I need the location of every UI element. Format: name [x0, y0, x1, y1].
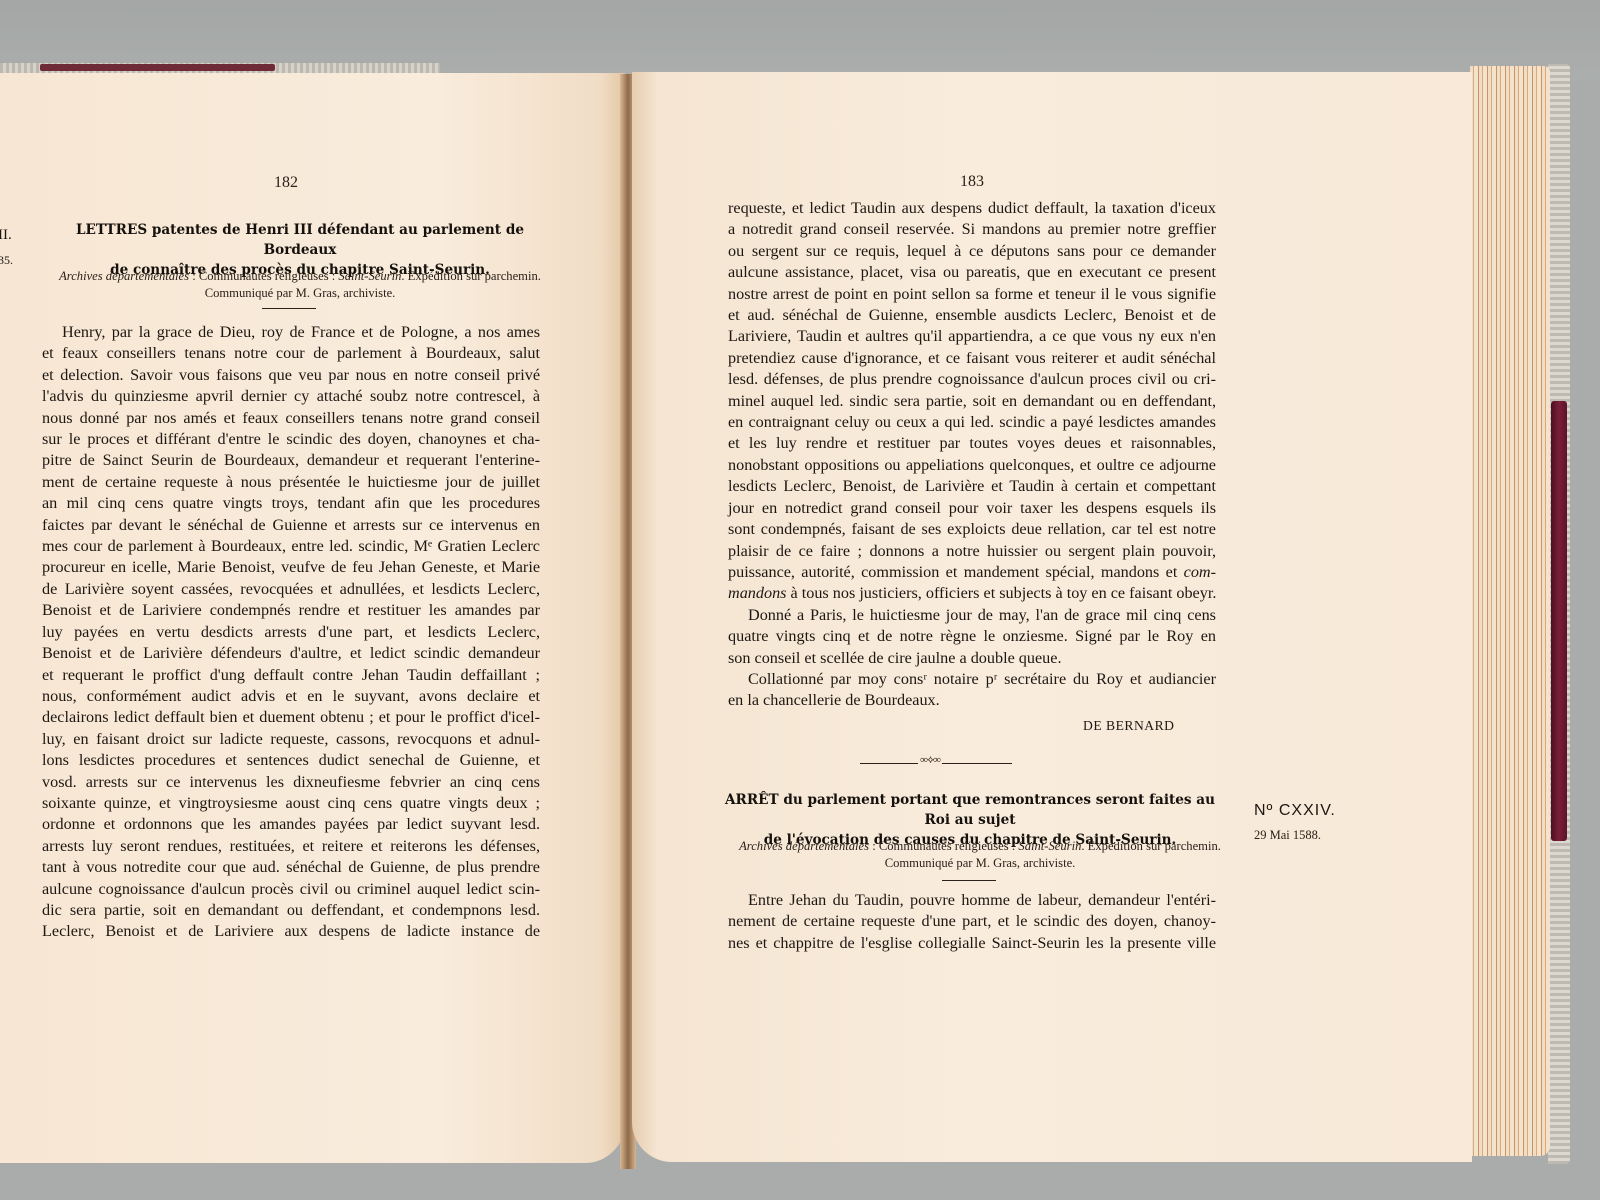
page-number-right: 183	[960, 173, 984, 191]
text-line: tant à vous notredite cour que aud. séné…	[42, 857, 540, 878]
text-line: mes cour de parlement à Bourdeaux, entre…	[42, 536, 540, 557]
text-line: en contraignant celuy ou ceux a qui led.…	[728, 412, 1216, 433]
text-line: l'advis du quinziesme apvril dernier cy …	[42, 386, 540, 407]
text-line: Collationné par moy consʳ notaire pʳ sec…	[728, 669, 1216, 690]
bookmark-ribbon-top	[40, 64, 275, 71]
text-line: mandons à tous nos justiciers, officiers…	[728, 583, 1216, 604]
text-line: minel auquel led. sindic sera partie, so…	[728, 391, 1216, 412]
text-line: et feaux conseillers tenans notre cour d…	[42, 343, 540, 364]
text-line: an mil cinq cens quatre vingts troys, te…	[42, 493, 540, 514]
text-line: sur le proces et différant d'entre le sc…	[42, 429, 540, 450]
text-line: Henry, par la grace de Dieu, roy de Fran…	[42, 322, 540, 343]
text-line: Lariviere, Taudin et aultres qu'il appar…	[728, 326, 1216, 347]
source-italic: Archives départementales	[59, 269, 189, 283]
source-line2: Communiqué par M. Gras, archiviste.	[40, 285, 560, 302]
text-line: nous donné par nos amés et feaux conseil…	[42, 408, 540, 429]
source-italic: Saint-Seurin	[1018, 839, 1081, 853]
source-line2: Communiqué par M. Gras, archiviste.	[720, 855, 1240, 872]
source-text: : Communautés religieuses :	[189, 269, 338, 283]
text-line: a notredit grand conseil reservée. Si ma…	[728, 219, 1216, 240]
source-text: . Expédition sur parchemin.	[401, 269, 541, 283]
document-date: 29 Mai 1588.	[1254, 828, 1321, 843]
text-line: nostre arrest de point en point sellon s…	[728, 284, 1216, 305]
text-line: nous, conformément audict advis et en le…	[42, 686, 540, 707]
text-line: et aud. sénéchal de Guienne, ensemble au…	[728, 305, 1216, 326]
bookmark-ribbon-right	[1551, 401, 1567, 841]
margin-fragment-bottom: 35.	[0, 250, 13, 271]
margin-fragment-top: II.	[0, 225, 12, 246]
text-line: Benoist et de Larivière défendeurs d'aul…	[42, 643, 540, 664]
source-text: . Expédition sur parchemin.	[1081, 839, 1221, 853]
text-line: arrests luy seront rendues, restituées, …	[42, 836, 540, 857]
text-line: son conseil et scellée de cire jaulne a …	[728, 648, 1216, 669]
text-line: luy payées en vertu desdicts arrests d'u…	[42, 622, 540, 643]
text-line: ou sergent sur ce requis, lequel à ce dé…	[728, 241, 1216, 262]
text-line: pitre de Sainct Seurin de Bourdeaux, dem…	[42, 450, 540, 471]
text-line: declairons ledict deffault bien et dueme…	[42, 707, 540, 728]
text-line: faictes par devant le sénéchal de Guienn…	[42, 515, 540, 536]
text-line: soixante quinze, et vingtroysiesme aoust…	[42, 793, 540, 814]
page-stack-edge	[1470, 66, 1550, 1156]
text-line: lesd. défenses, de plus prendre cognoiss…	[728, 369, 1216, 390]
signature-de-bernard: DE BERNARD	[1083, 718, 1174, 734]
text-line: en la chancellerie de Bourdeaux.	[728, 690, 1216, 711]
text-line: Leclerc, Benoist et de Lariviere aux des…	[42, 921, 540, 942]
text-line: jour en notredict grand conseil pour voi…	[728, 498, 1216, 519]
text-line: dic sera partie, soit en demandant ou de…	[42, 900, 540, 921]
text-line: puissance, autorité, commission et mande…	[728, 562, 1216, 583]
page-number-left: 182	[274, 174, 298, 192]
text-line: nonobstant oppositions ou appeliations q…	[728, 455, 1216, 476]
left-page-body: Henry, par la grace de Dieu, roy de Fran…	[42, 322, 540, 943]
italic-word: com-	[1184, 563, 1216, 581]
text-line: lons lesdictes procedures et sentences d…	[42, 750, 540, 771]
document-number: Nº CXXIV.	[1254, 802, 1336, 820]
text-line: et delection. Savoir vous faisons que ve…	[42, 365, 540, 386]
text-line: quatre vingts cinq et de notre règne le …	[728, 626, 1216, 647]
text-line: lesdicts Leclerc, Benoist, de Larivière …	[728, 476, 1216, 497]
text-line: requeste, et ledict Taudin aux despens d…	[728, 198, 1216, 219]
archive-source-right: Archives départementales : Communautés r…	[720, 838, 1240, 872]
ornament-flourish: ∞⟡∞	[918, 754, 942, 767]
separator-rule	[262, 308, 316, 309]
text-line: sont condempnés, faisant de ses exploict…	[728, 519, 1216, 540]
separator-rule	[942, 880, 996, 881]
text-line: ment de certaine requeste à nous présent…	[42, 472, 540, 493]
title-line: ARRÊT du parlement portant que remontran…	[720, 790, 1220, 830]
right-page-second-body: Entre Jehan du Taudin, pouvre homme de l…	[728, 890, 1216, 954]
text-line: aulcune cognoissance d'aulcun procès civ…	[42, 879, 540, 900]
text-line: vosd. arrests sur ce intervenus les dixn…	[42, 772, 540, 793]
text-line: pretendiez cause d'ignorance, et ce fais…	[728, 348, 1216, 369]
text-line: de Larivière soyent cassées, revocquées …	[42, 579, 540, 600]
text-line: procureur en icelle, Marie Benoist, veuf…	[42, 557, 540, 578]
text-line: Donné a Paris, le huictiesme jour de may…	[728, 605, 1216, 626]
text-line: plaisir de ce faire ; donnons a notre hu…	[728, 541, 1216, 562]
text-line: ordonne et ordonnons que les amandes pay…	[42, 814, 540, 835]
title-line: LETTRES patentes de Henri III défendant …	[40, 220, 560, 260]
text-line: et requerant le proffict d'ung deffault …	[42, 665, 540, 686]
text-line: nes et chappitre de l'esglise collegiall…	[728, 933, 1216, 954]
text-line: luy, en faisant droict sur ladicte reque…	[42, 729, 540, 750]
text-line: et les luy rendre et restituer par toute…	[728, 433, 1216, 454]
text-line: nement de certaine requeste d'une part, …	[728, 911, 1216, 932]
source-text: : Communautés religieuses :	[869, 839, 1018, 853]
source-italic: Archives départementales	[739, 839, 869, 853]
text-line: Benoist et de Lariviere condempnés rendr…	[42, 600, 540, 621]
source-italic: Saint-Seurin	[338, 269, 401, 283]
text-line: Entre Jehan du Taudin, pouvre homme de l…	[728, 890, 1216, 911]
text-line: aulcune assistance, placet, visa ou pare…	[728, 262, 1216, 283]
archive-source-left: Archives départementales : Communautés r…	[40, 268, 560, 302]
italic-word: mandons	[728, 584, 786, 602]
right-page-body: requeste, et ledict Taudin aux despens d…	[728, 198, 1216, 712]
